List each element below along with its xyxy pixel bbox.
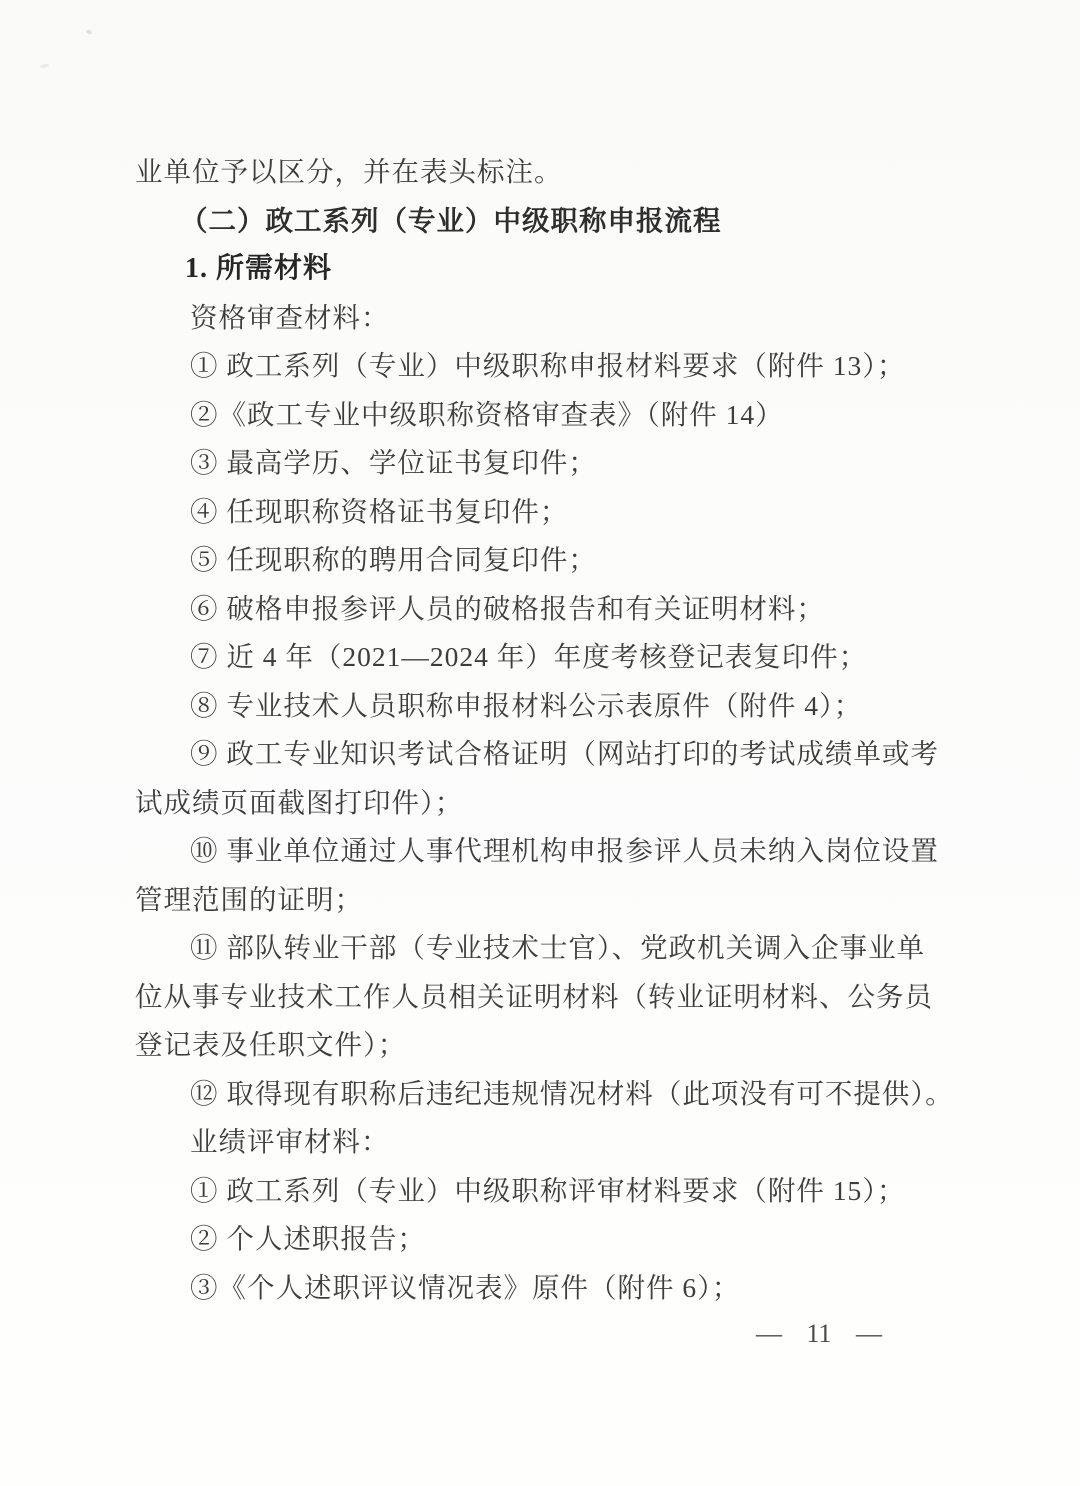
page-number: — 11 — — [135, 1310, 1080, 1359]
text-line: ⑪ 部队转业干部（专业技术士官）、党政机关调入企事业单 — [135, 924, 965, 973]
scan-artifact — [40, 63, 50, 69]
text-line: ② 个人述职报告； — [135, 1215, 965, 1264]
text-line: ④ 任现职称资格证书复印件； — [135, 488, 965, 537]
text-line: ②《政工专业中级职称资格审查表》（附件 14） — [135, 391, 965, 440]
text-line: 位从事专业技术工作人员相关证明材料（转业证明材料、公务员 — [135, 973, 965, 1022]
text-line: ⑤ 任现职称的聘用合同复印件； — [135, 536, 965, 585]
text-line: ⑦ 近 4 年（2021—2024 年）年度考核登记表复印件； — [135, 633, 965, 682]
scan-artifact — [85, 29, 92, 35]
text-line: ⑥ 破格申报参评人员的破格报告和有关证明材料； — [135, 585, 965, 634]
document-page: 业单位予以区分，并在表头标注。（二）政工系列（专业）中级职称申报流程1. 所需材… — [0, 0, 1080, 1486]
text-line: 资格审查材料： — [135, 294, 965, 343]
text-line: 登记表及任职文件）； — [135, 1021, 965, 1070]
text-line: （二）政工系列（专业）中级职称申报流程 — [135, 197, 965, 246]
text-line: ⑨ 政工专业知识考试合格证明（网站打印的考试成绩单或考 — [135, 730, 965, 779]
text-line: 业单位予以区分，并在表头标注。 — [135, 148, 965, 197]
text-line: 业绩评审材料： — [135, 1118, 965, 1167]
text-line: ① 政工系列（专业）中级职称评审材料要求（附件 15）； — [135, 1167, 965, 1216]
text-line: ③《个人述职评议情况表》原件（附件 6）； — [135, 1264, 965, 1313]
text-line: 1. 所需材料 — [135, 245, 965, 294]
text-line: ③ 最高学历、学位证书复印件； — [135, 439, 965, 488]
text-line: 管理范围的证明； — [135, 876, 965, 925]
text-line: ⑫ 取得现有职称后违纪违规情况材料（此项没有可不提供）。 — [135, 1070, 965, 1119]
text-line: 试成绩页面截图打印件）； — [135, 779, 965, 828]
text-line: ① 政工系列（专业）中级职称申报材料要求（附件 13）； — [135, 342, 965, 391]
text-content: 业单位予以区分，并在表头标注。（二）政工系列（专业）中级职称申报流程1. 所需材… — [135, 148, 965, 1312]
text-line: ⑩ 事业单位通过人事代理机构申报参评人员未纳入岗位设置 — [135, 827, 965, 876]
text-line: ⑧ 专业技术人员职称申报材料公示表原件（附件 4）； — [135, 682, 965, 731]
